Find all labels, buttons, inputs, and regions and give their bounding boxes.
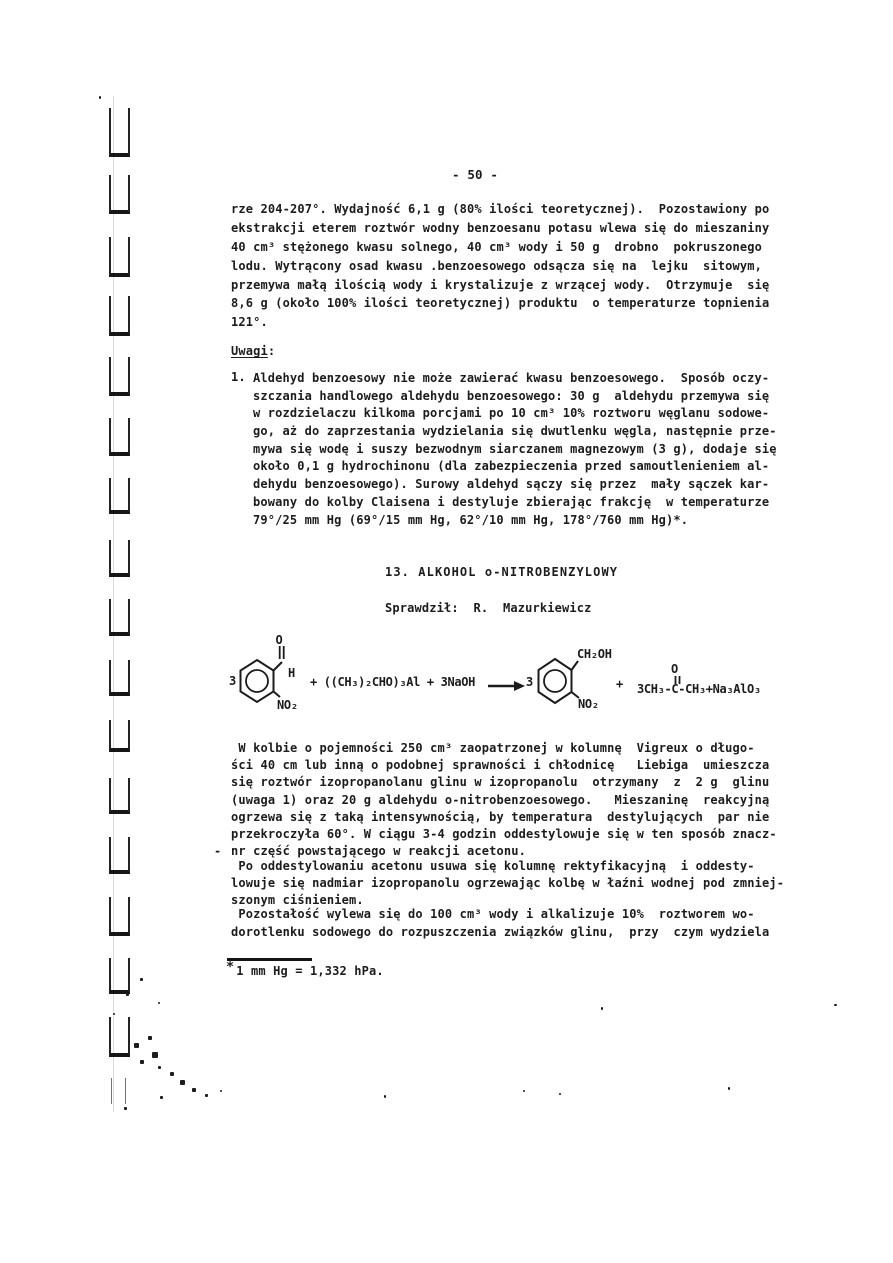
aldehyde-hydrogen-label: H (288, 666, 295, 680)
text-line: przekroczyła 60°. W ciągu 3-4 godzin odd… (231, 826, 777, 843)
procedure-paragraph-3: Pozostałość wylewa się do 100 cm³ wody i… (231, 906, 769, 941)
text-line: lodu. Wytrącony osad kwasu .benzoesowego… (231, 257, 769, 276)
reaction-equation: 3 O H NO₂ + ((CH₃)₂CHO)₃Al + 3NaOH 3 CH₂… (0, 630, 893, 750)
text-line: się roztwór izopropanolanu glinu w izopr… (231, 774, 777, 791)
text-line: w rozdzielaczu kilkoma porcjami po 10 cm… (253, 405, 777, 423)
margin-dash-mark: - (214, 843, 221, 860)
procedure-paragraph-1: W kolbie o pojemności 250 cm³ zaopatrzon… (231, 740, 777, 860)
hydroxymethyl-label: CH₂OH (577, 647, 612, 661)
scanned-page: - 50 - rze 204-207°. Wydajność 6,1 g (80… (0, 0, 893, 1263)
reaction-arrow-icon (488, 680, 525, 692)
acetone-oxygen-label: O (671, 662, 678, 676)
binding-hole-mark (109, 108, 130, 157)
checked-by-line: Sprawdził: R. Mazurkiewicz (385, 601, 592, 615)
text-line: Pozostałość wylewa się do 100 cm³ wody i… (231, 906, 769, 924)
binding-hole-mark (109, 296, 130, 336)
notes-heading-label: Uwagi (231, 344, 268, 358)
page-number: - 50 - (452, 167, 498, 182)
binding-hole-mark (109, 958, 130, 994)
right-coefficient: 3 (526, 675, 533, 689)
note-1-body: Aldehyd benzoesowy nie może zawierać kwa… (253, 370, 777, 529)
text-line: 121°. (231, 313, 769, 332)
section-title: 13. ALKOHOL o-NITROBENZYLOWY (385, 565, 618, 579)
text-line: 40 cm³ stężonego kwasu solnego, 40 cm³ w… (231, 238, 769, 257)
text-line: ści 40 cm lub inną o podobnej sprawności… (231, 757, 777, 774)
text-line: lowuje się nadmiar izopropanolu ogrzewaj… (231, 875, 784, 892)
binding-hole-mark (109, 237, 130, 277)
note-1: 1. Aldehyd benzoesowy nie może zawierać … (231, 370, 777, 529)
text-line-content: nr część powstającego w reakcji acetonu. (231, 844, 526, 858)
nitro-group-label: NO₂ (277, 698, 298, 712)
binding-hole-mark (109, 837, 130, 874)
o-nitrobenzaldehyde-structure: O H NO₂ (234, 630, 314, 716)
binding-hole-mark (109, 418, 130, 456)
text-line: rze 204-207°. Wydajność 6,1 g (80% ilośc… (231, 200, 769, 219)
text-line: ogrzewa się z taką intensywnością, by te… (231, 809, 777, 826)
footnote-text: 1 mm Hg = 1,332 hPa. (236, 964, 384, 978)
reagents-text: + ((CH₃)₂CHO)₃Al + 3NaOH (310, 675, 475, 689)
intro-paragraph: rze 204-207°. Wydajność 6,1 g (80% ilośc… (231, 200, 769, 332)
text-line: mywa się wodę i suszy bezwodnym siarczan… (253, 441, 777, 459)
asterisk-marker: * (226, 959, 234, 975)
text-line: go, aż do zaprzestania wydzielania się d… (253, 423, 777, 441)
products-text: 3CH₃-C-CH₃+Na₃AlO₃ (637, 682, 761, 696)
binding-hole-mark (109, 1017, 130, 1057)
plus-sign: + (616, 677, 623, 691)
text-line: Po oddestylowaniu acetonu usuwa się kolu… (231, 858, 784, 875)
procedure-paragraph-2: Po oddestylowaniu acetonu usuwa się kolu… (231, 858, 784, 910)
text-line: 79°/25 mm Hg (69°/15 mm Hg, 62°/10 mm Hg… (253, 512, 777, 530)
binding-hole-mark (109, 357, 130, 396)
text-line: szczania handlowego aldehydu benzoesoweg… (253, 388, 777, 406)
text-line: bowany do kolby Claisena i destyluje zbi… (253, 494, 777, 512)
nitro-group-label: NO₂ (578, 697, 599, 711)
text-line: 8,6 g (około 100% ilości teoretycznej) p… (231, 294, 769, 313)
binding-hole-mark (109, 175, 130, 214)
binding-hole-mark (109, 540, 130, 577)
binding-hole-mark (111, 1078, 126, 1104)
aldehyde-oxygen-label: O (276, 633, 283, 647)
text-line: około 0,1 g hydrochinonu (dla zabezpiecz… (253, 458, 777, 476)
binding-hole-mark (109, 778, 130, 814)
notes-heading-colon: : (268, 344, 275, 358)
text-line: ekstrakcji eterem roztwór wodny benzoesa… (231, 219, 769, 238)
text-line: przemywa małą ilością wody i krystalizuj… (231, 276, 769, 295)
text-line: (uwaga 1) oraz 20 g aldehydu o-nitrobenz… (231, 792, 777, 809)
text-line: W kolbie o pojemności 250 cm³ zaopatrzon… (231, 740, 777, 757)
text-line: dorotlenku sodowego do rozpuszczenia zwi… (231, 924, 769, 942)
text-line: Aldehyd benzoesowy nie może zawierać kwa… (253, 370, 777, 388)
footnote: *1 mm Hg = 1,332 hPa. (226, 963, 384, 979)
binding-hole-mark (109, 478, 130, 514)
text-line: dehydu benzoesowego). Surowy aldehyd sąc… (253, 476, 777, 494)
note-1-marker: 1. (231, 370, 253, 529)
footnote-rule (227, 958, 312, 961)
o-nitrobenzyl-alcohol-structure: CH₂OH NO₂ (534, 643, 626, 715)
binding-hole-mark (109, 897, 130, 936)
notes-heading: Uwagi: (231, 344, 275, 358)
